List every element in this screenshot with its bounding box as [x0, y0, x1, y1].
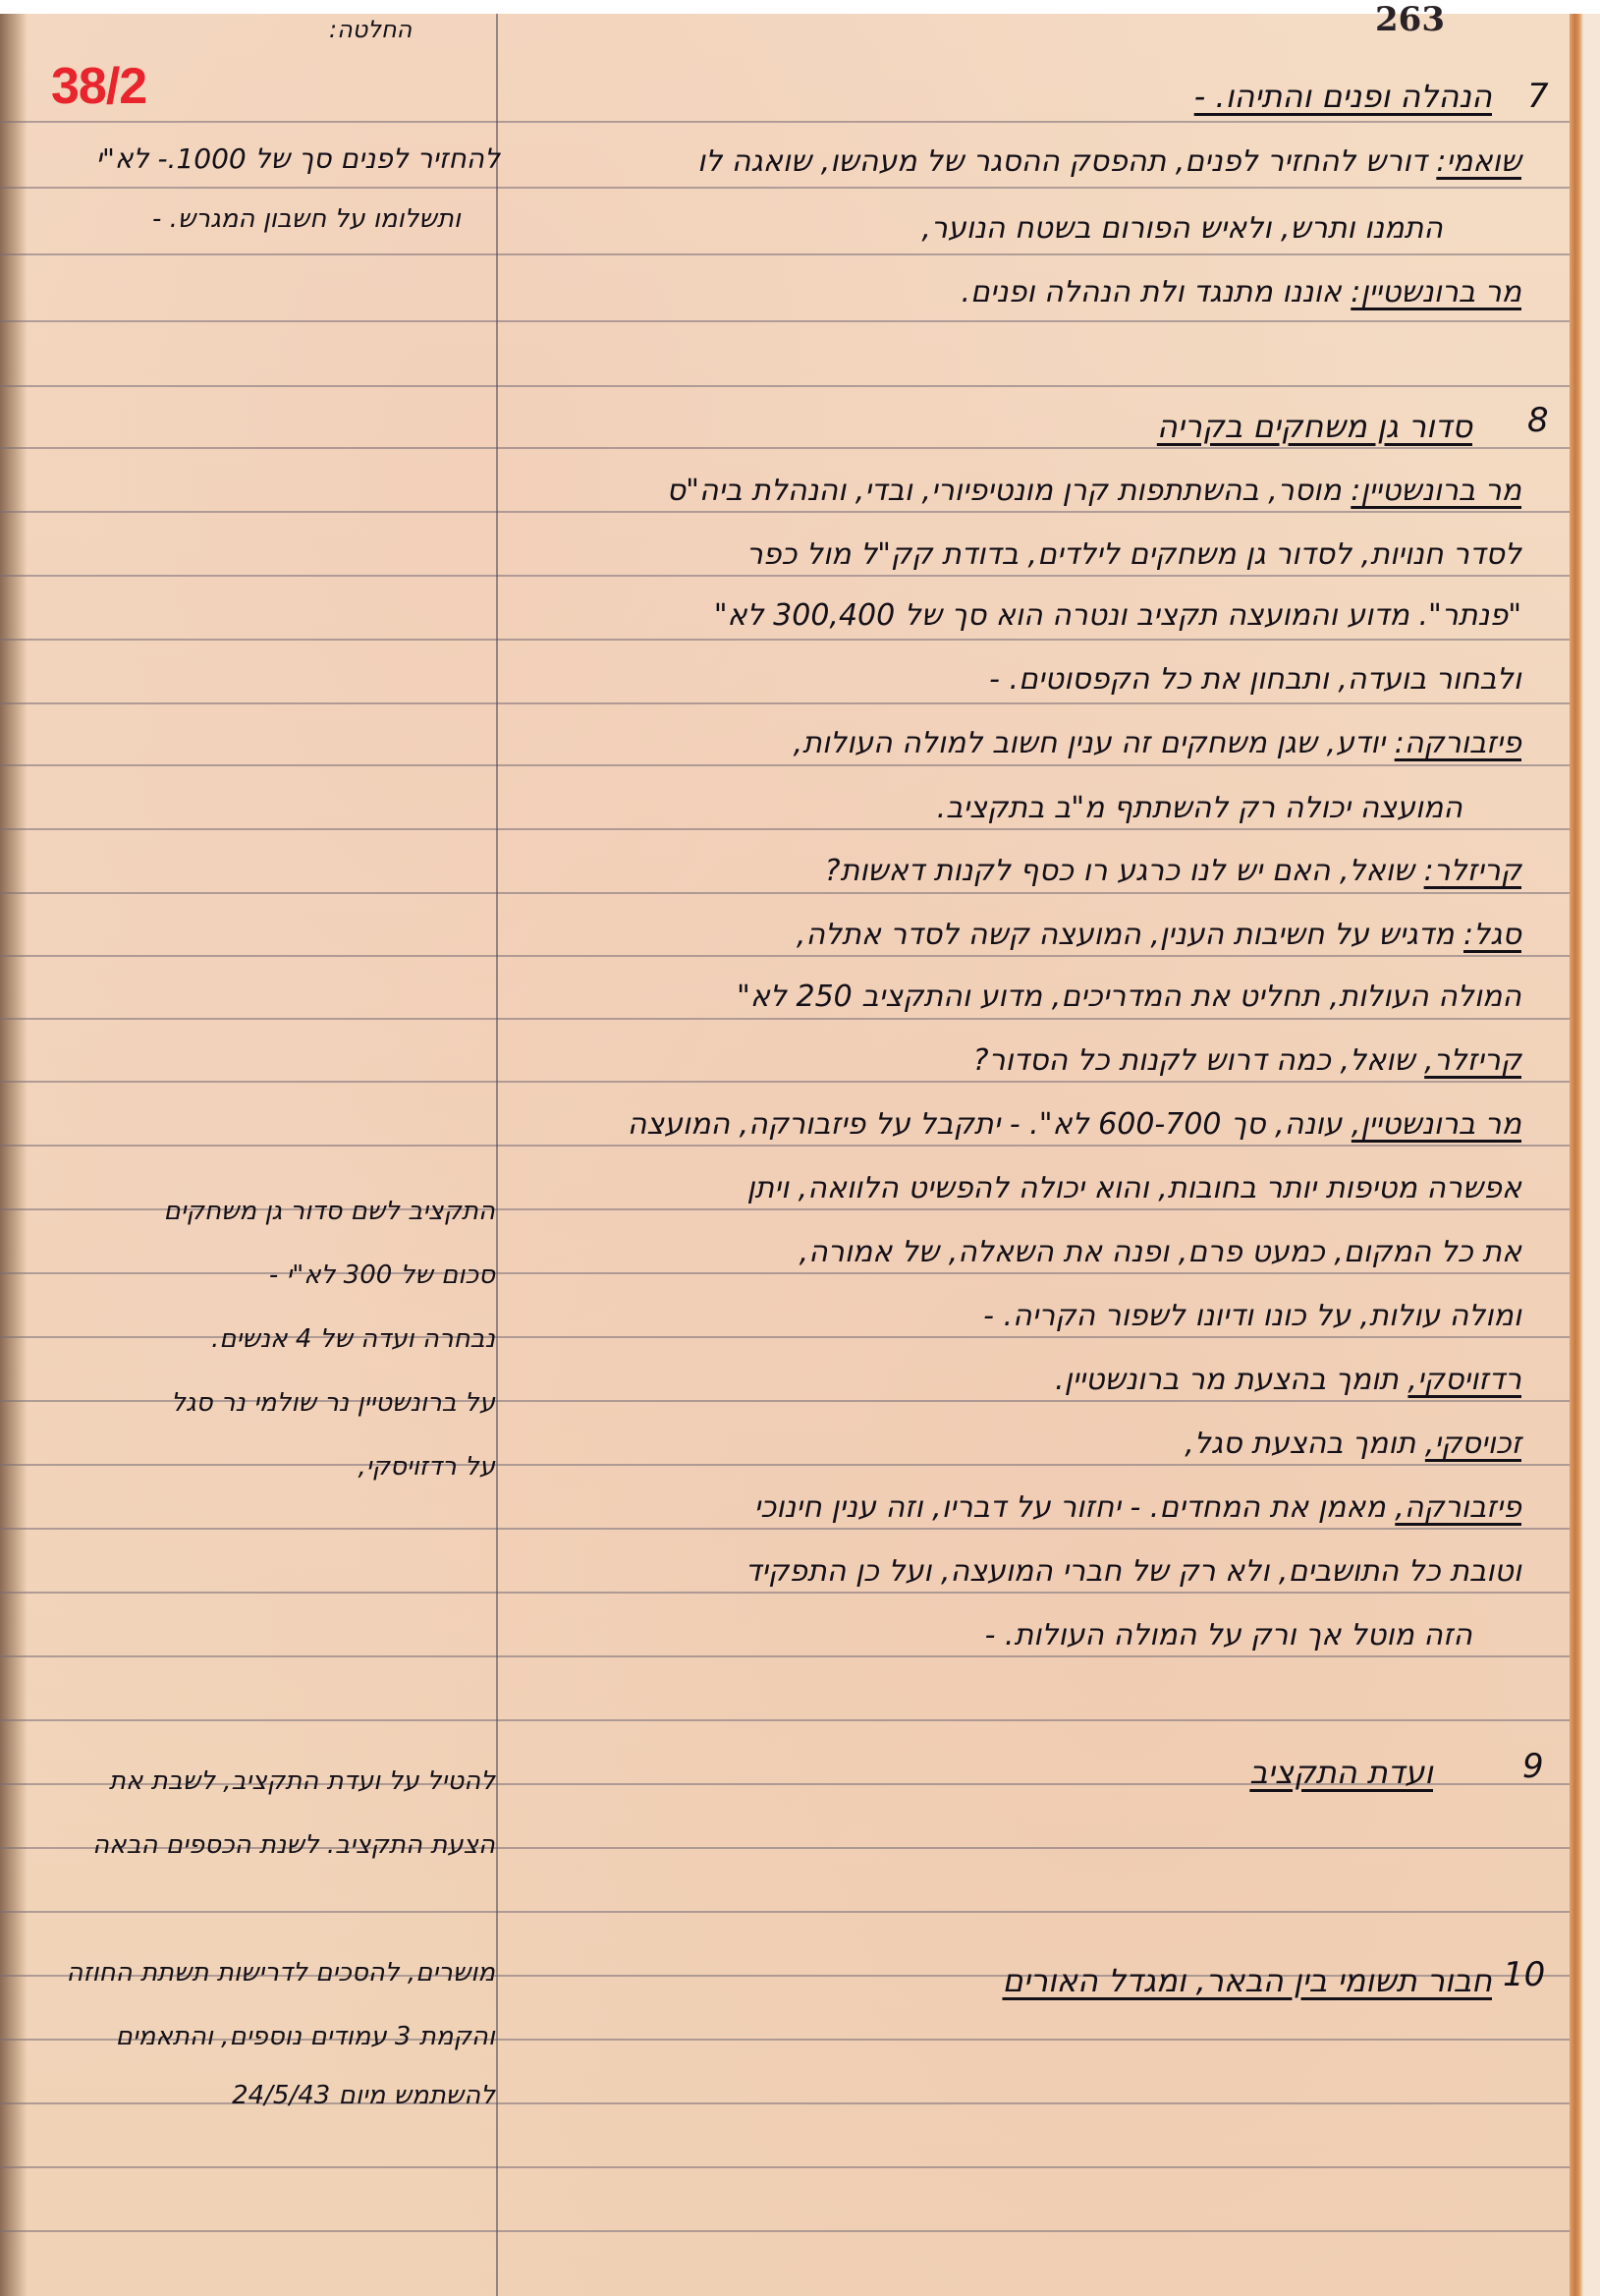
line-text: מוסר, בהשתתפות קרן מונטיפיורי, ובדי, והנ…: [667, 474, 1342, 508]
margin-note: התקציב לשם סדור גן משחקים: [163, 1199, 495, 1224]
document-page: [0, 14, 1600, 2296]
margin-divider: [496, 14, 498, 2296]
ruled-line: [0, 2166, 1570, 2168]
minutes-line: רדזויסקי, תומך בהצעת מר ברונשטיין.: [1055, 1366, 1521, 1395]
line-text: יודע, שגן משחקים זה ענין חשוב למולה העול…: [794, 726, 1386, 760]
ruled-line: [0, 1719, 1570, 1721]
speaker: שואמי:: [1436, 144, 1521, 179]
margin-note: סכום של 300 לא"י -: [269, 1262, 495, 1288]
ruled-line: [0, 1145, 1570, 1147]
ruled-line: [0, 1081, 1570, 1083]
minutes-line: לסדר חנויות, לסדור גן משחקים לילדים, בדו…: [746, 540, 1521, 570]
minutes-line: וטובת כל התושבים, ולא רק של חברי המועצה,…: [745, 1557, 1521, 1587]
item-title: הנהלה ופנים והתיהו. -: [1194, 81, 1492, 112]
ruled-line: [0, 1592, 1570, 1594]
ruled-line: [0, 121, 1570, 123]
margin-note: הצעת התקציב. לשנת הכספים הבאה: [92, 1832, 495, 1858]
line-text: שואל, האם יש לנו כרגע רו כסף לקנות דאשות…: [825, 854, 1414, 888]
ruled-line: [0, 1018, 1570, 1020]
minutes-line: הזה מוטל אך ורק על המולה העולות. -: [985, 1621, 1472, 1651]
item-number: 10: [1503, 1955, 1545, 1994]
speaker: קריזלר:: [1424, 854, 1521, 888]
minutes-line: פיזבורקה, מאמן את המחדים. - יחזור על דבר…: [754, 1493, 1521, 1523]
margin-note: על ברונשטיין נר שולמי נר סגל: [171, 1390, 495, 1416]
ruled-line: [0, 511, 1570, 513]
minutes-line: התמנו ותרש, ולאיש הפורום בשטח הנוער,: [921, 214, 1443, 244]
minutes-line: ולבחור בועדה, ותבחון את כל הקפסוטים. -: [989, 665, 1521, 695]
margin-note: ותשלומו על חשבון המגרש. -: [152, 206, 461, 232]
minutes-line: את כל המקום, כמעט פרם, ופנה את השאלה, של…: [800, 1238, 1521, 1267]
minutes-line: המועצה יכולה רק להשתתף מ"ב בתקציב.: [937, 794, 1462, 823]
margin-note: להחזיר לפנים סך של 1000.- לא"י: [96, 145, 500, 173]
minutes-line: פיזבורקה: יודע, שגן משחקים זה ענין חשוב …: [794, 729, 1521, 758]
speaker: מר ברונשטיין,: [1352, 1107, 1521, 1142]
speaker: סגל:: [1463, 918, 1521, 952]
ruled-line: [0, 1464, 1570, 1466]
speaker: זכויסקי,: [1425, 1427, 1521, 1461]
page-number: 263: [1375, 0, 1445, 39]
speaker: מר ברונשטיין:: [1351, 474, 1521, 508]
ruled-line: [0, 447, 1570, 449]
item-title: חבור תשומי בין הבאר, ומגדל האורים: [1002, 1965, 1492, 1996]
margin-note: להטיל על ועדת התקציב, לשבת את: [109, 1768, 495, 1794]
minutes-line: קריזלר, שואל, כמה דרוש לקנות כל הסדור?: [973, 1046, 1521, 1076]
margin-note: והקמת 3 עמודים נוספים, והתאמים: [116, 2024, 495, 2049]
speaker: קריזלר,: [1424, 1043, 1521, 1078]
page-edge: [1570, 14, 1583, 2296]
margin-note: נבחרה ועדה של 4 אנשים.: [211, 1326, 495, 1352]
ruled-line: [0, 320, 1570, 322]
margin-header: החלטה:: [329, 18, 412, 41]
next-page-edge: [1583, 14, 1600, 2296]
minutes-line: מר ברונשטיין: מוסר, בהשתתפות קרן מונטיפי…: [667, 476, 1521, 506]
speaker: פיזבורקה,: [1395, 1490, 1521, 1525]
ruled-line: [0, 1655, 1570, 1657]
item-number: 9: [1522, 1747, 1544, 1786]
ruled-line: [0, 1272, 1570, 1274]
item-number: 7: [1527, 77, 1549, 116]
minutes-line: ומולה עולות, על כונו ודיונו לשפור הקריה.…: [983, 1302, 1521, 1331]
folio-label: 38/2: [51, 57, 146, 116]
margin-note: על רדזויסקי,: [359, 1454, 495, 1480]
ruled-line: [0, 702, 1570, 704]
ruled-line: [0, 253, 1570, 255]
minutes-line: קריזלר: שואל, האם יש לנו כרגע רו כסף לקנ…: [825, 857, 1521, 886]
minutes-line: זכויסקי, תומך בהצעת סגל,: [1185, 1429, 1521, 1459]
ruled-line: [0, 639, 1570, 641]
speaker: פיזבורקה:: [1395, 726, 1521, 760]
line-text: תומך בהצעת מר ברונשטיין.: [1055, 1363, 1399, 1397]
ruled-line: [0, 575, 1570, 577]
ruled-line: [0, 2230, 1570, 2232]
line-text: מדגיש על חשיבות הענין, המועצה קשה לסדר א…: [797, 918, 1455, 952]
minutes-line: אפשרה מטיפות יותר בחובות, והוא יכולה להפ…: [746, 1174, 1521, 1204]
line-text: שואל, כמה דרוש לקנות כל הסדור?: [973, 1043, 1415, 1078]
ruled-line: [0, 955, 1570, 957]
item-number: 8: [1527, 401, 1549, 440]
item-title: ועדת התקציב: [1249, 1757, 1433, 1788]
line-text: תומך בהצעת סגל,: [1185, 1427, 1415, 1461]
speaker: מר ברונשטיין:: [1351, 275, 1521, 309]
line-text: עונה, סך 600-700 לא". - יתקבל על פיזבורק…: [628, 1107, 1343, 1142]
line-text: דורש להחזיר לפנים, תהפסק ההסגר של מעהשו,…: [697, 144, 1427, 179]
minutes-line: מר ברונשטיין: אוננו מתנגד ולת הנהלה ופני…: [961, 278, 1521, 308]
ruled-line: [0, 1528, 1570, 1530]
book-binding: [0, 14, 28, 2296]
ruled-line: [0, 764, 1570, 766]
margin-note: להשתמש מיום 24/5/43: [232, 2083, 495, 2108]
minutes-line: המולה העולות, תחליט את המדריכים, מדוע וה…: [737, 982, 1521, 1012]
ruled-line: [0, 828, 1570, 830]
minutes-line: מר ברונשטיין, עונה, סך 600-700 לא". - ית…: [628, 1110, 1521, 1140]
minutes-line: "פנתר". מדוע והמועצה תקציב ונטרה הוא סך …: [714, 601, 1521, 631]
minutes-line: סגל: מדגיש על חשיבות הענין, המועצה קשה ל…: [797, 921, 1521, 950]
speaker: רדזויסקי,: [1407, 1363, 1521, 1397]
ruled-line: [0, 187, 1570, 189]
margin-note: מושרים, להסכים לדרישות תשתת החוזה: [67, 1960, 495, 1986]
ruled-line: [0, 1911, 1570, 1913]
line-text: מאמן את המחדים. - יחזור על דבריו, וזה ענ…: [754, 1490, 1386, 1525]
ruled-line: [0, 385, 1570, 387]
item-title: סדור גן משחקים בקריה: [1157, 411, 1472, 442]
ruled-line: [0, 892, 1570, 894]
minutes-line: שואמי: דורש להחזיר לפנים, תהפסק ההסגר של…: [697, 147, 1521, 177]
line-text: אוננו מתנגד ולת הנהלה ופנים.: [961, 275, 1341, 309]
